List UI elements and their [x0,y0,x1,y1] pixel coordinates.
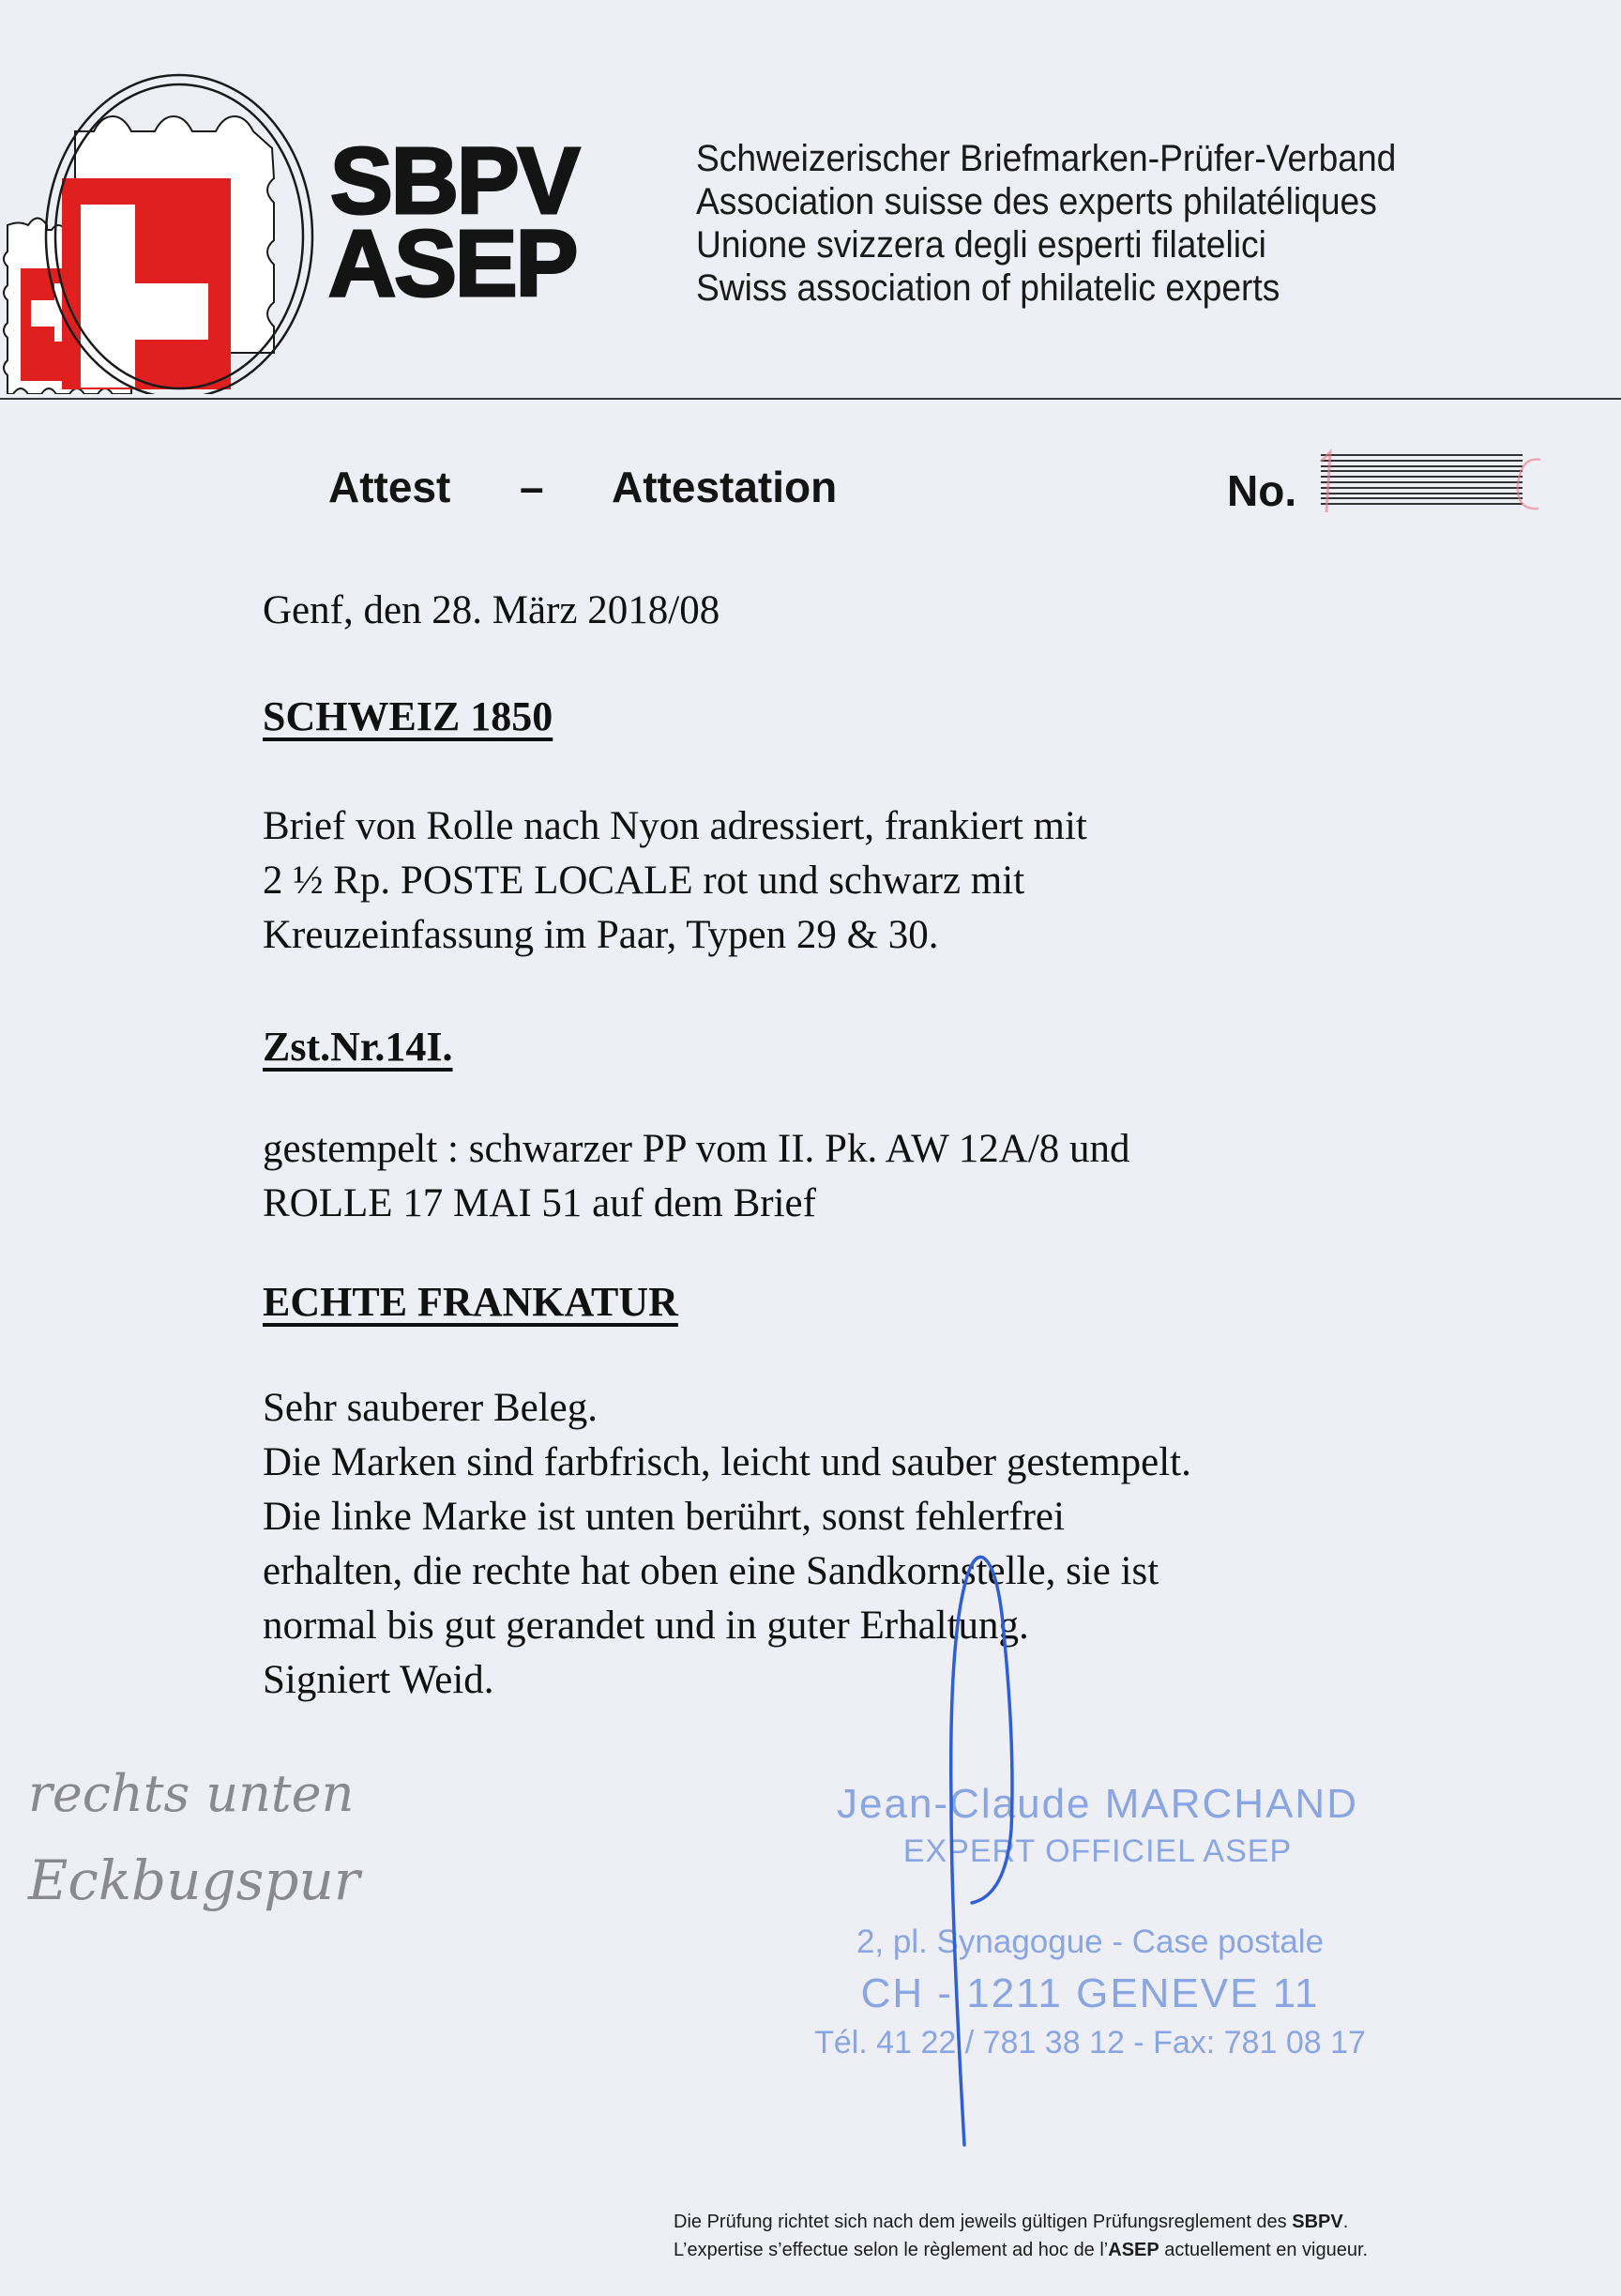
association-name-de: Schweizerischer Briefmarken-Prüfer-Verba… [696,137,1396,180]
title-separator: – [520,462,544,512]
description-line: Kreuzeinfassung im Paar, Typen 29 & 30. [263,908,939,963]
stamp-city: CH - 1211 GENEVE 11 [734,1970,1447,2017]
brand-asep: ASEP [328,223,576,304]
association-name-en: Swiss association of philatelic experts [696,266,1280,310]
condition-line: Die Marken sind farbfrisch, leicht und s… [263,1436,1191,1490]
pencil-note-line: rechts unten [28,1764,354,1823]
title-attestation: Attestation [612,462,837,512]
header-divider [0,398,1621,400]
description-line: 2 ½ Rp. POSTE LOCALE rot und schwarz mit [263,854,1024,908]
section-country-heading: SCHWEIZ 1850 [263,692,553,740]
title-attest: Attest [328,462,450,512]
catalogue-number-heading: Zst.Nr.14I. [263,1023,453,1071]
condition-line: normal bis gut gerandet und in guter Erh… [263,1599,1029,1653]
stamp-address: 2, pl. Synagogue - Case postale [734,1923,1447,1961]
handwritten-number-icon [1295,443,1567,518]
footer-regulation-de: Die Prüfung richtet sich nach dem jeweil… [674,2212,1348,2233]
brand-sbpv: SBPV [330,141,578,221]
condition-line: Signiert Weid. [263,1653,494,1708]
footer-regulation-fr: L’expertise s’effectue selon le règlemen… [674,2240,1368,2261]
condition-line: Die linke Marke ist unten berührt, sonst… [263,1490,1065,1544]
condition-line: erhalten, die rechte hat oben eine Sandk… [263,1544,1159,1599]
large-stamp-icon [62,116,274,389]
stamp-expert-name: Jean-Claude MARCHAND [769,1781,1426,1828]
cancellation-line: ROLLE 17 MAI 51 auf dem Brief [263,1177,816,1231]
description-line: Brief von Rolle nach Nyon adressiert, fr… [263,799,1087,854]
stamp-expert-title: EXPERT OFFICIEL ASEP [769,1833,1426,1870]
pencil-note-line: Eckbugspur [28,1848,360,1912]
cancellation-line: gestempelt : schwarzer PP vom II. Pk. AW… [263,1122,1130,1177]
association-name-it: Unione svizzera degli esperti filatelici [696,223,1266,266]
condition-line: Sehr sauberer Beleg. [263,1381,598,1436]
verdict-heading: ECHTE FRANKATUR [263,1278,678,1326]
association-name-fr: Association suisse des experts philatéli… [696,180,1377,223]
stamp-phone: Tél. 41 22 / 781 38 12 - Fax: 781 08 17 [734,2025,1447,2061]
certificate-number-label: No. [1227,465,1296,516]
place-date: Genf, den 28. März 2018/08 [263,584,720,638]
